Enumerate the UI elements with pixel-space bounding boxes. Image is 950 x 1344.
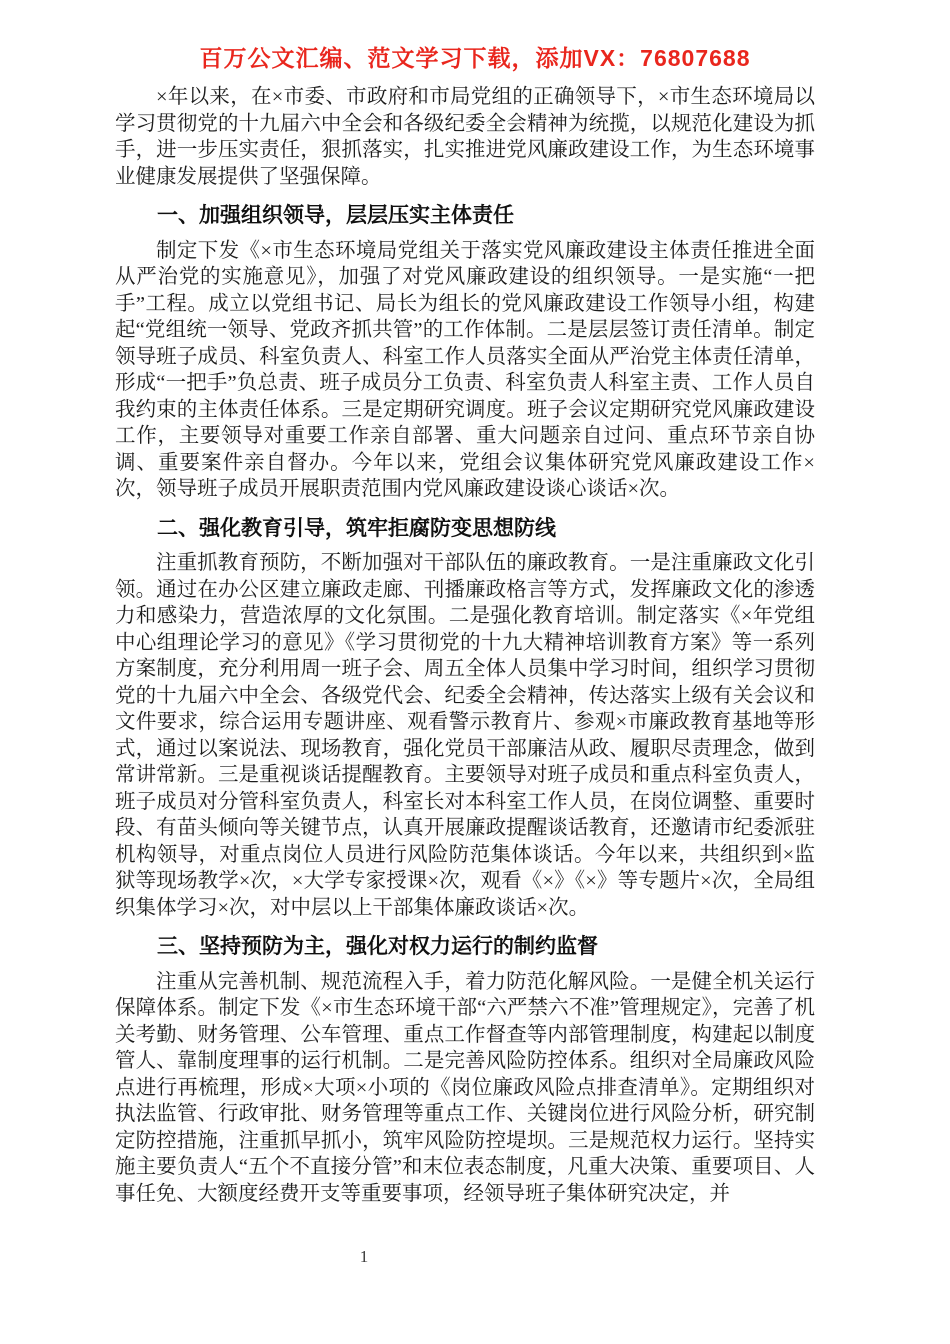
section-3-heading: 三、坚持预防为主，强化对权力运行的制约监督 (115, 934, 815, 961)
section-1-heading: 一、加强组织领导，层层压实主体责任 (115, 203, 815, 230)
document-body: ×年以来，在×市委、市政府和市局党组的正确领导下，×市生态环境局以学习贯彻党的十… (115, 84, 815, 1207)
section-3-body: 注重从完善机制、规范流程入手，着力防范化解风险。一是健全机关运行保障体系。制定下… (115, 969, 815, 1208)
section-2-body: 注重抓教育预防，不断加强对干部队伍的廉政教育。一是注重廉政文化引领。通过在办公区… (115, 550, 815, 921)
intro-paragraph: ×年以来，在×市委、市政府和市局党组的正确领导下，×市生态环境局以学习贯彻党的十… (115, 84, 815, 190)
page-number: 1 (356, 1247, 372, 1267)
header-notice: 百万公文汇编、范文学习下载，添加VX：76807688 (0, 40, 950, 73)
section-1-body: 制定下发《×市生态环境局党组关于落实党风廉政建设主体责任推进全面从严治党的实施意… (115, 238, 815, 503)
section-2-heading: 二、强化教育引导，筑牢拒腐防变思想防线 (115, 516, 815, 543)
